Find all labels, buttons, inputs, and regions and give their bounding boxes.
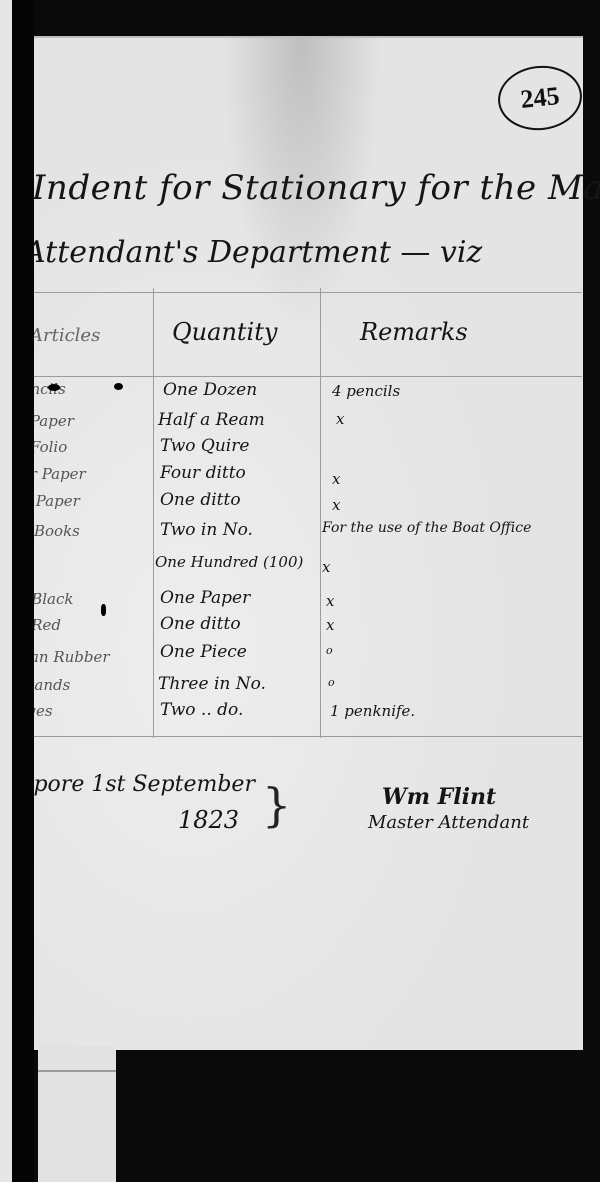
row-quantity: Four ditto	[160, 463, 246, 483]
row-remark: x	[332, 470, 340, 488]
row-quantity: Two .. do.	[160, 700, 243, 720]
table-header-rule	[30, 376, 582, 377]
row-quantity: One Piece	[160, 642, 247, 662]
ink-blot	[114, 383, 123, 390]
signature-title: Master Attendant	[368, 812, 529, 833]
row-remark: o	[328, 676, 335, 689]
row-quantity: One ditto	[160, 490, 241, 510]
row-remark: x	[332, 496, 340, 514]
row-remark: For the use of the Boat Office	[322, 520, 531, 536]
row-quantity: One Hundred (100)	[155, 553, 303, 571]
signature-name: Wm Flint	[382, 784, 496, 810]
place-date-line-2: 1823	[178, 806, 239, 834]
row-quantity: One ditto	[160, 614, 241, 634]
ink-blot	[48, 384, 60, 391]
column-header-remarks: Remarks	[360, 318, 468, 346]
brace-mark: }	[262, 778, 291, 832]
ink-blot	[101, 604, 106, 616]
row-remark: 4 pencils	[332, 382, 400, 400]
row-quantity: Two Quire	[160, 436, 249, 456]
place-date-line-1: Singapore 1st September	[0, 772, 255, 797]
title-line-2: Attendant's Department — viz	[24, 235, 482, 270]
row-article: Books	[34, 522, 80, 540]
row-article: Folio	[30, 438, 67, 456]
table-bottom-rule	[30, 736, 582, 737]
row-quantity: Two in No.	[160, 520, 253, 540]
table-top-rule	[30, 292, 582, 293]
row-remark: x	[326, 592, 334, 610]
column-header-quantity: Quantity	[172, 318, 277, 346]
row-remark: o	[326, 644, 333, 657]
adjacent-page-edge-overlay	[0, 0, 12, 1182]
row-quantity: One Dozen	[163, 380, 257, 400]
paper-tab	[38, 1046, 116, 1182]
row-remark: 1 penknife.	[330, 702, 415, 720]
row-remark: x	[322, 558, 330, 576]
row-quantity: One Paper	[160, 588, 250, 608]
binding-shadow-overlay	[12, 0, 34, 1182]
binding-shadow-overlay	[12, 760, 34, 820]
paper-tab-fold	[38, 1070, 116, 1072]
column-divider-1	[153, 288, 154, 738]
row-remark: x	[326, 616, 334, 634]
row-quantity: Half a Ream	[158, 410, 265, 430]
title-line-1: Indent for Stationary for the Master	[32, 168, 600, 208]
row-article: Quills	[60, 555, 104, 573]
column-header-articles: Articles	[30, 325, 100, 346]
row-remark: x	[336, 410, 344, 428]
row-quantity: Three in No.	[158, 674, 266, 694]
adjacent-page-edge-overlay	[0, 760, 12, 820]
column-divider-2	[320, 288, 321, 738]
